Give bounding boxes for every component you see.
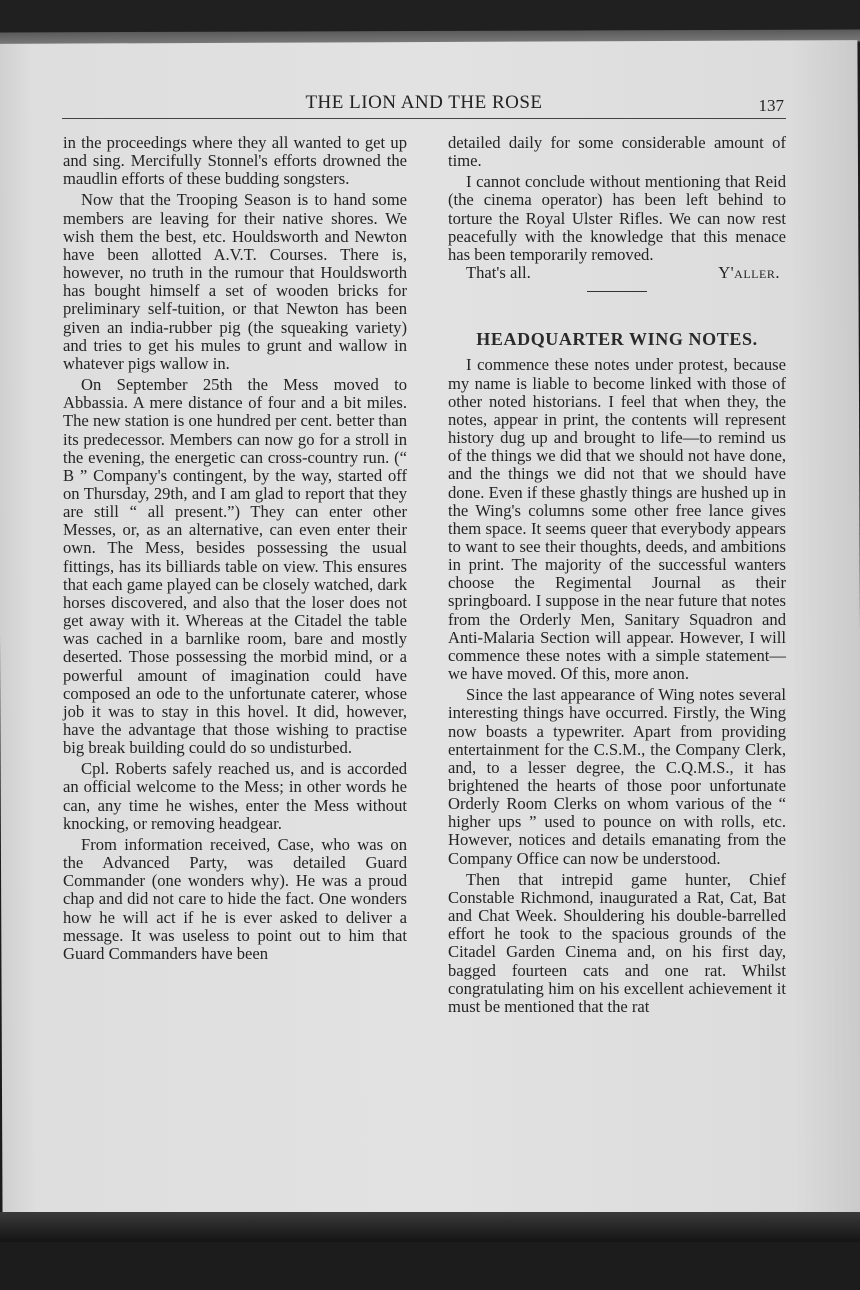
paragraph-continuation: detailed daily for some considerable amo… — [448, 134, 786, 170]
page-bottom-edge — [0, 1212, 860, 1242]
paragraph: I commence these notes under protest, be… — [448, 356, 786, 683]
right-column: detailed daily for some considerable amo… — [448, 134, 786, 1016]
section-heading: HEADQUARTER WING NOTES. — [448, 330, 786, 348]
section-divider — [587, 291, 647, 292]
paragraph: Cpl. Roberts safely reached us, and is a… — [63, 760, 407, 833]
paragraph: On September 25th the Mess moved to Abba… — [63, 376, 407, 757]
closing-paragraph: I cannot conclude without mentioning tha… — [448, 173, 786, 264]
author-signature: Y'aller. — [718, 264, 786, 282]
page-number: 137 — [759, 96, 785, 116]
running-head: THE LION AND THE ROSE 137 — [62, 92, 786, 119]
paragraph: Now that the Trooping Season is to hand … — [63, 191, 407, 373]
paragraph: From information received, Case, who was… — [63, 836, 407, 963]
paragraph: in the proceedings where they all wanted… — [63, 134, 407, 188]
signoff-line: That's all. Y'aller. — [448, 264, 786, 282]
signoff-text: That's all. — [466, 264, 531, 282]
paragraph: Since the last appearance of Wing notes … — [448, 686, 786, 868]
left-column: in the proceedings where they all wanted… — [63, 134, 407, 963]
paragraph: Then that intrepid game hunter, Chief Co… — [448, 871, 786, 1016]
running-title: THE LION AND THE ROSE — [62, 92, 786, 114]
